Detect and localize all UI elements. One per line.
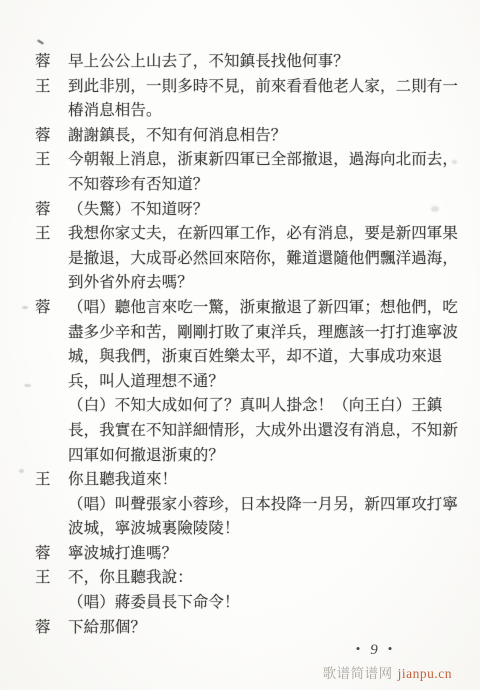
dialogue-text: 城，與我們，浙東百姓樂太平，却不道，大事成功來退 <box>68 348 442 365</box>
speaker-label: 蓉 <box>35 296 68 321</box>
dialogue-line: 王你且聽我道來！ <box>35 468 467 493</box>
scan-artifact <box>24 384 31 387</box>
scan-artifact <box>19 469 24 473</box>
speaker-label: 蓉 <box>35 616 68 641</box>
dialogue-text: 盡多少辛和苦，剛剛打敗了東洋兵，理應該一打打進寧波 <box>68 324 458 341</box>
speaker-label: 王 <box>35 75 68 100</box>
dialogue-line: 兵，叫人道理想不通？ <box>35 370 467 395</box>
dialogue-line: 蓉謝謝鎮長，不知有何消息相告？ <box>35 124 467 149</box>
dialogue-text: （白）不知大成如何了？真叫人掛念！（向王白）王鎮 <box>68 397 442 414</box>
dialogue-line: 椿消息相告。 <box>35 99 467 124</box>
speaker-label: 蓉 <box>35 542 68 567</box>
dialogue-text: 波城，寧波城裏險陵陵！ <box>68 520 240 537</box>
watermark-site-name: 歌谱简谱网 <box>323 666 393 681</box>
dialogue-line: （唱）叫聲張家小蓉珍，日本投降一月另，新四軍攻打寧 <box>35 493 467 518</box>
dialogue-line: 蓉寧波城打進嗎？ <box>35 542 467 567</box>
dialogue-text: 到此非別，一則多時不見，前來看看他老人家，二則有一 <box>68 78 458 95</box>
dialogue-text: 你且聽我道來！ <box>68 471 177 488</box>
dialogue-text: （唱）蔣委員長下命令！ <box>68 594 240 611</box>
dialogue-line: 蓉早上公公上山去了，不知鎮長找他何事？ <box>35 50 467 75</box>
speaker-label: 蓉 <box>35 50 68 75</box>
dialogue-line: 長，我實在不知詳細情形，大成外出還沒有消息，不知新 <box>35 419 467 444</box>
dialogue-text: 我想你家丈夫，在新四軍工作，必有消息，要是新四軍果 <box>68 225 458 242</box>
dialogue-text: 不，你且聽我說： <box>68 569 193 586</box>
watermark-url: jianpu.cn <box>398 666 452 681</box>
dialogue-line: 不知蓉珍有否知道？ <box>35 173 467 198</box>
dialogue-text: （唱）聽他言來吃一驚，浙東撤退了新四軍；想他們，吃 <box>68 299 458 316</box>
speaker-label: 王 <box>35 468 68 493</box>
speaker-label: 王 <box>35 148 68 173</box>
dialogue-line: 盡多少辛和苦，剛剛打敗了東洋兵，理應該一打打進寧波 <box>35 321 467 346</box>
page-number-dot-left: • <box>348 641 371 656</box>
dialogue-text: 寧波城打進嗎？ <box>68 545 177 562</box>
dialogue-text-block: 蓉早上公公上山去了，不知鎮長找他何事？ 王到此非別，一則多時不見，前來看看他老人… <box>35 50 467 640</box>
dialogue-line: 王我想你家丈夫，在新四軍工作，必有消息，要是新四軍果 <box>35 222 467 247</box>
dialogue-text: 不知蓉珍有否知道？ <box>68 176 208 193</box>
speaker-label: 蓉 <box>35 198 68 223</box>
page-number: •9• <box>340 641 410 659</box>
dialogue-text: 早上公公上山去了，不知鎮長找他何事？ <box>68 53 349 70</box>
dialogue-text: 到外省外府去嗎？ <box>68 274 193 291</box>
dialogue-line: 城，與我們，浙東百姓樂太平，却不道，大事成功來退 <box>35 345 467 370</box>
dialogue-text: 兵，叫人道理想不通？ <box>68 373 224 390</box>
dialogue-text: 是撤退，大成哥必然回來陪你，難道還隨他們飄洋過海， <box>68 250 458 267</box>
dialogue-line: 蓉（失驚）不知道呀？ <box>35 198 467 223</box>
dialogue-text: 四軍如何撤退浙東的？ <box>68 447 224 464</box>
dialogue-line: 四軍如何撤退浙東的？ <box>35 444 467 469</box>
dialogue-text: 椿消息相告。 <box>68 102 162 119</box>
dialogue-line: 波城，寧波城裏險陵陵！ <box>35 517 467 542</box>
scan-artifact <box>22 306 28 309</box>
dialogue-line: 是撤退，大成哥必然回來陪你，難道還隨他們飄洋過海， <box>35 247 467 272</box>
dialogue-line: 蓉下給那個？ <box>35 616 467 641</box>
page-number-dot-right: • <box>380 641 403 656</box>
watermark: 歌谱简谱网jianpu.cn <box>323 662 452 682</box>
scan-artifact <box>37 39 44 44</box>
dialogue-line: 王不，你且聽我說： <box>35 566 467 591</box>
dialogue-text: 長，我實在不知詳細情形，大成外出還沒有消息，不知新 <box>68 422 458 439</box>
dialogue-line: （白）不知大成如何了？真叫人掛念！（向王白）王鎮 <box>35 394 467 419</box>
speaker-label: 王 <box>35 566 68 591</box>
page-number-value: 9 <box>370 642 380 658</box>
scanned-script-page: 蓉早上公公上山去了，不知鎮長找他何事？ 王到此非別，一則多時不見，前來看看他老人… <box>0 0 480 690</box>
dialogue-line: 到外省外府去嗎？ <box>35 271 467 296</box>
speaker-label: 蓉 <box>35 124 68 149</box>
dialogue-text: 今朝報上消息，浙東新四軍已全部撤退，過海向北而去， <box>68 151 458 168</box>
speaker-label: 王 <box>35 222 68 247</box>
dialogue-text: 謝謝鎮長，不知有何消息相告？ <box>68 127 286 144</box>
dialogue-text: （失驚）不知道呀？ <box>68 201 208 218</box>
dialogue-line: 王到此非別，一則多時不見，前來看看他老人家，二則有一 <box>35 75 467 100</box>
dialogue-line: 蓉（唱）聽他言來吃一驚，浙東撤退了新四軍；想他們，吃 <box>35 296 467 321</box>
dialogue-line: 王今朝報上消息，浙東新四軍已全部撤退，過海向北而去， <box>35 148 467 173</box>
dialogue-text: （唱）叫聲張家小蓉珍，日本投降一月另，新四軍攻打寧 <box>68 496 458 513</box>
dialogue-line: （唱）蔣委員長下命令！ <box>35 591 467 616</box>
dialogue-text: 下給那個？ <box>68 619 146 636</box>
